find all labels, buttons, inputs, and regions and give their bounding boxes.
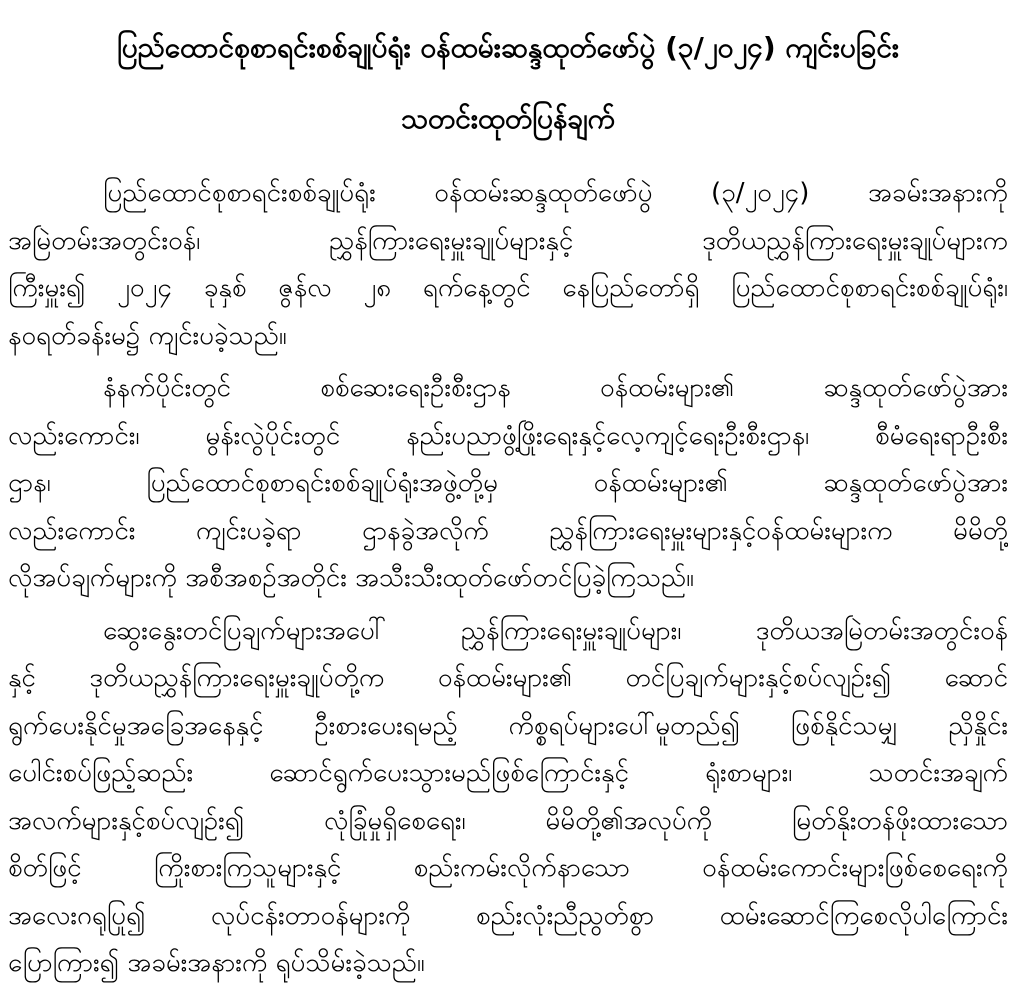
paragraph-3-line-6: စိတ်ဖြင့် ကြိုးစားကြသူများနှင့် စည်းကမ်း… [8, 845, 1008, 893]
paragraph-1-line-4: နဝရတ်ခန်းမ၌ ကျင်းပခဲ့သည်။ [8, 313, 1008, 361]
press-release-page: ပြည်ထောင်စုစာရင်းစစ်ချုပ်ရုံး ဝန်ထမ်းဆန္… [0, 0, 1016, 999]
paragraph-1-line-2: အမြဲတမ်းအတွင်းဝန်၊ ညွှန်ကြားရေးမှူးချုပ်… [8, 218, 1008, 266]
paragraph-3-line-1: ဆွေးနွေးတင်ပြချက်များအပေါ် ညွှန်ကြားရေးမ… [8, 608, 1008, 656]
paragraph-1: ပြည်ထောင်စုစာရင်းစစ်ချုပ်ရုံး ဝန်ထမ်းဆန္… [8, 170, 1008, 360]
document-title-line-1: ပြည်ထောင်စုစာရင်းစစ်ချုပ်ရုံး ဝန်ထမ်းဆန္… [8, 12, 1008, 83]
document-title: ပြည်ထောင်စုစာရင်းစစ်ချုပ်ရုံး ဝန်ထမ်းဆန္… [8, 12, 1008, 154]
document-title-line-2: သတင်းထုတ်ပြန်ချက် [8, 83, 1008, 154]
paragraph-3: ဆွေးနွေးတင်ပြချက်များအပေါ် ညွှန်ကြားရေးမ… [8, 608, 1008, 988]
paragraph-3-line-3: ရွက်ပေးနိုင်မှုအခြေအနေနှင့် ဦးစားပေးရမည့… [8, 703, 1008, 751]
paragraph-3-line-2: နှင့် ဒုတိယညွှန်ကြားရေးမှူးချုပ်တို့က ဝန… [8, 655, 1008, 703]
paragraph-2-line-1: နံနက်ပိုင်းတွင် စစ်ဆေးရေးဦးစီးဌာန ဝန်ထမ်… [8, 365, 1008, 413]
paragraph-3-line-7: အလေးဂရုပြု၍ လုပ်ငန်းတာဝန်များကို စည်းလုံ… [8, 893, 1008, 941]
paragraph-2: နံနက်ပိုင်းတွင် စစ်ဆေးရေးဦးစီးဌာန ဝန်ထမ်… [8, 365, 1008, 603]
paragraph-1-line-1: ပြည်ထောင်စုစာရင်းစစ်ချုပ်ရုံး ဝန်ထမ်းဆန္… [8, 170, 1008, 218]
paragraph-1-line-3: ကြီးမှူး၍ ၂၀၂၄ ခုနှစ် ဇွန်လ ၂၈ ရက်နေ့တွင… [8, 265, 1008, 313]
paragraph-2-line-4: လည်းကောင်း ကျင်းပခဲ့ရာ ဌာနခွဲအလိုက် ညွှန… [8, 508, 1008, 556]
paragraph-3-line-8: ပြောကြား၍ အခမ်းအနားကို ရုပ်သိမ်းခဲ့သည်။ [8, 940, 1008, 988]
paragraph-3-line-5: အလက်များနှင့်စပ်လျဉ်း၍ လုံခြုံမှုရှိစေရေ… [8, 798, 1008, 846]
paragraph-2-line-5: လိုအပ်ချက်များကို အစီအစဉ်အတိုင်း အသီးသီး… [8, 555, 1008, 603]
paragraph-2-line-3: ဌာန၊ ပြည်ထောင်စုစာရင်းစစ်ချုပ်ရုံးအဖွဲ့တ… [8, 460, 1008, 508]
document-body: ပြည်ထောင်စုစာရင်းစစ်ချုပ်ရုံး ဝန်ထမ်းဆန္… [8, 170, 1008, 988]
paragraph-2-line-2: လည်းကောင်း၊ မွန်းလွဲပိုင်းတွင် နည်းပညာဖွ… [8, 413, 1008, 461]
paragraph-3-line-4: ပေါင်းစပ်ဖြည့်ဆည်း ဆောင်ရွက်ပေးသွားမည်ဖြ… [8, 750, 1008, 798]
